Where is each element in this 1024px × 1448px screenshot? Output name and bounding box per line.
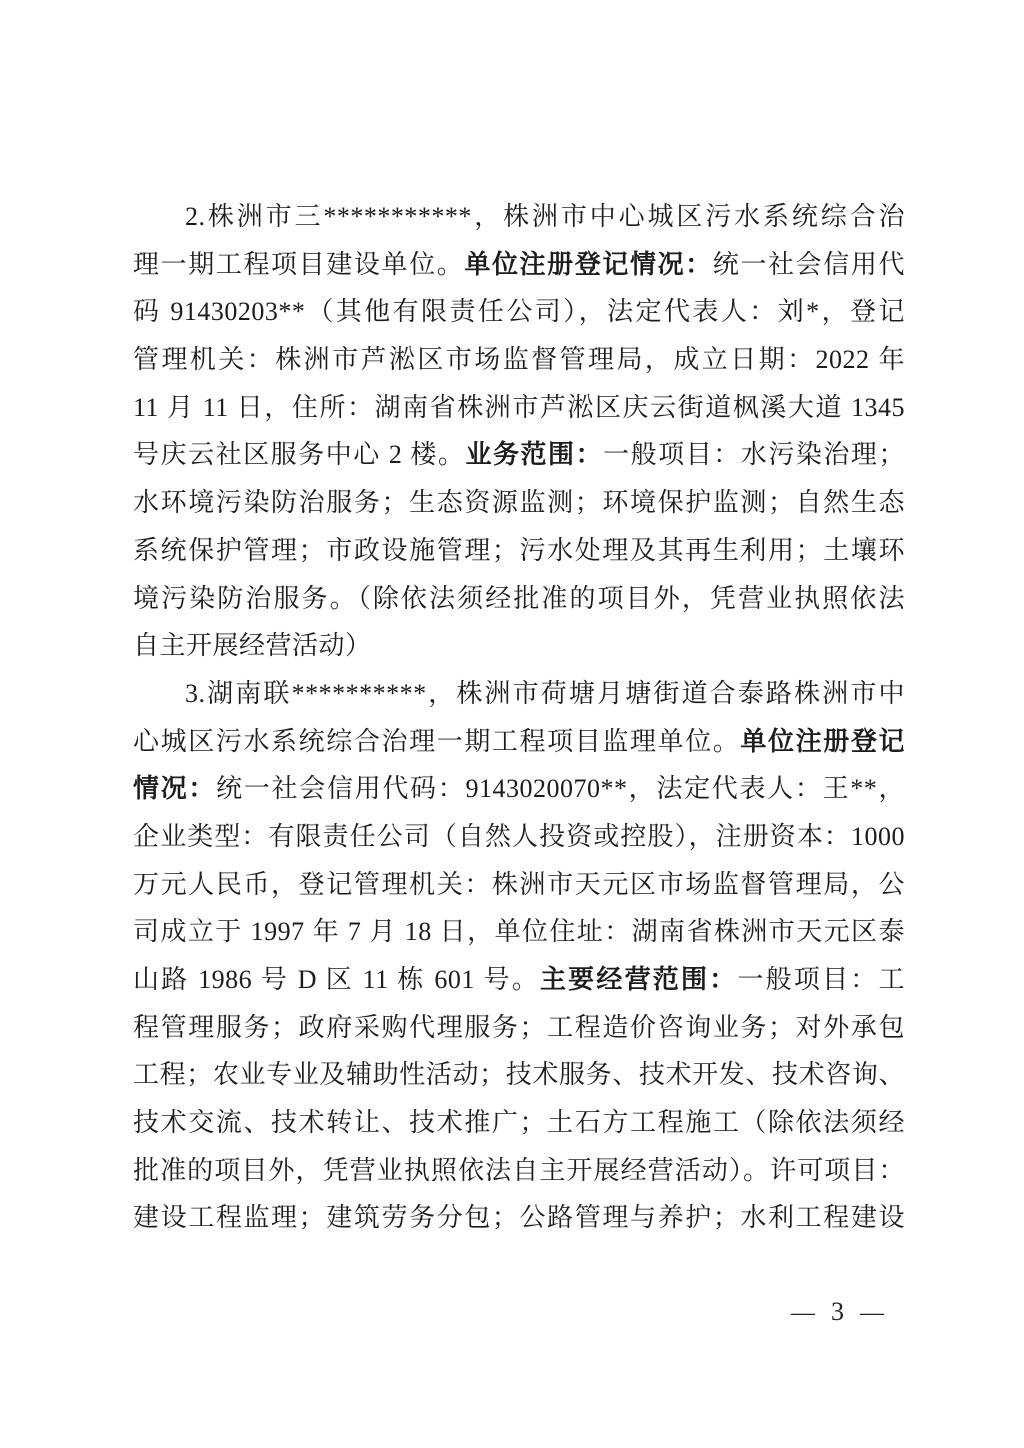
bold-label: 单位注册登记情况：	[464, 249, 713, 279]
body-text: 水环境污染防治服务；生态资源监测；环境保护监测；自然生态	[133, 488, 905, 517]
document-page: 2.株洲市三***********，株洲市中心城区污水系统综合治理一期工程项目建…	[0, 0, 1024, 1448]
text-line: 2.株洲市三***********，株洲市中心城区污水系统综合治	[133, 193, 905, 241]
bold-label: 情况：	[133, 773, 216, 803]
body-text: 2.株洲市三***********，株洲市中心城区污水系统综合治	[185, 202, 905, 231]
text-line: 理一期工程项目建设单位。单位注册登记情况：统一社会信用代	[133, 241, 905, 289]
document-lines: 2.株洲市三***********，株洲市中心城区污水系统综合治理一期工程项目建…	[133, 193, 905, 1242]
footer-dash-right: —	[860, 1300, 884, 1326]
body-text: 理一期工程项目建设单位。	[133, 250, 464, 279]
text-line: 情况：统一社会信用代码：9143020070**，法定代表人：王**，	[133, 765, 905, 813]
text-line: 山路 1986 号 D 区 11 栋 601 号。主要经营范围：一般项目：工	[133, 956, 905, 1004]
body-text: 3.湖南联**********，株洲市荷塘月塘街道合泰路株洲市中	[185, 679, 905, 708]
body-text: 批准的项目外，凭营业执照依法自主开展经营活动）。许可项目：	[133, 1156, 905, 1185]
text-line: 批准的项目外，凭营业执照依法自主开展经营活动）。许可项目：	[133, 1147, 905, 1195]
text-line: 程管理服务；政府采购代理服务；工程造价咨询业务；对外承包	[133, 1004, 905, 1052]
body-text: 心城区污水系统综合治理一期工程项目监理单位。	[133, 727, 740, 756]
body-text: 自主开展经营活动）	[133, 631, 372, 660]
body-text: 统一社会信用代码：9143020070**，法定代表人：王**，	[216, 774, 905, 803]
text-line: 号庆云社区服务中心 2 楼。业务范围：一般项目：水污染治理；	[133, 431, 905, 479]
body-text: 11 月 11 日，住所：湖南省株洲市芦淞区庆云街道枫溪大道 1345	[133, 393, 905, 422]
text-line: 万元人民币，登记管理机关：株洲市天元区市场监督管理局，公	[133, 861, 905, 909]
text-line: 技术交流、技术转让、技术推广；土石方工程施工（除依法须经	[133, 1099, 905, 1147]
text-line: 司成立于 1997 年 7 月 18 日，单位住址：湖南省株洲市天元区泰	[133, 908, 905, 956]
bold-label: 单位注册登记	[740, 726, 905, 756]
text-line: 工程；农业专业及辅助性活动；技术服务、技术开发、技术咨询、	[133, 1051, 905, 1099]
body-text: 管理机关：株洲市芦淞区市场监督管理局，成立日期：2022 年	[133, 345, 905, 374]
text-line: 系统保护管理；市政设施管理；污水处理及其再生利用；土壤环	[133, 527, 905, 575]
body-text: 境污染防治服务。（除依法须经批准的项目外，凭营业执照依法	[133, 584, 905, 613]
text-line: 管理机关：株洲市芦淞区市场监督管理局，成立日期：2022 年	[133, 336, 905, 384]
body-text: 山路 1986 号 D 区 11 栋 601 号。	[133, 965, 540, 994]
text-line: 水环境污染防治服务；生态资源监测；环境保护监测；自然生态	[133, 479, 905, 527]
text-line: 心城区污水系统综合治理一期工程项目监理单位。单位注册登记	[133, 718, 905, 766]
text-line: 自主开展经营活动）	[133, 622, 905, 670]
page-footer: —3—	[791, 1296, 884, 1329]
body-text: 程管理服务；政府采购代理服务；工程造价咨询业务；对外承包	[133, 1013, 905, 1042]
page-number: 3	[831, 1296, 844, 1328]
text-line: 境污染防治服务。（除依法须经批准的项目外，凭营业执照依法	[133, 575, 905, 623]
body-text: 万元人民币，登记管理机关：株洲市天元区市场监督管理局，公	[133, 870, 905, 899]
text-line: 11 月 11 日，住所：湖南省株洲市芦淞区庆云街道枫溪大道 1345	[133, 384, 905, 432]
body-text: 司成立于 1997 年 7 月 18 日，单位住址：湖南省株洲市天元区泰	[133, 917, 905, 946]
body-text: 一般项目：水污染治理；	[603, 440, 905, 469]
body-text: 统一社会信用代	[713, 250, 905, 279]
bold-label: 主要经营范围：	[540, 964, 737, 994]
body-text: 企业类型：有限责任公司（自然人投资或控股），注册资本：1000	[133, 822, 905, 851]
body-text: 工程；农业专业及辅助性活动；技术服务、技术开发、技术咨询、	[133, 1060, 905, 1089]
footer-dash-left: —	[791, 1300, 815, 1326]
text-line: 3.湖南联**********，株洲市荷塘月塘街道合泰路株洲市中	[133, 670, 905, 718]
body-text: 号庆云社区服务中心 2 楼。	[133, 440, 465, 469]
text-line: 企业类型：有限责任公司（自然人投资或控股），注册资本：1000	[133, 813, 905, 861]
body-text: 技术交流、技术转让、技术推广；土石方工程施工（除依法须经	[133, 1108, 905, 1137]
text-line: 码 91430203**（其他有限责任公司），法定代表人：刘*，登记	[133, 288, 905, 336]
bold-label: 业务范围：	[465, 439, 603, 469]
body-text: 系统保护管理；市政设施管理；污水处理及其再生利用；土壤环	[133, 536, 905, 565]
body-text: 一般项目：工	[737, 965, 905, 994]
text-line: 建设工程监理；建筑劳务分包；公路管理与养护；水利工程建设	[133, 1194, 905, 1242]
body-text: 建设工程监理；建筑劳务分包；公路管理与养护；水利工程建设	[133, 1203, 905, 1232]
body-text: 码 91430203**（其他有限责任公司），法定代表人：刘*，登记	[133, 297, 905, 326]
